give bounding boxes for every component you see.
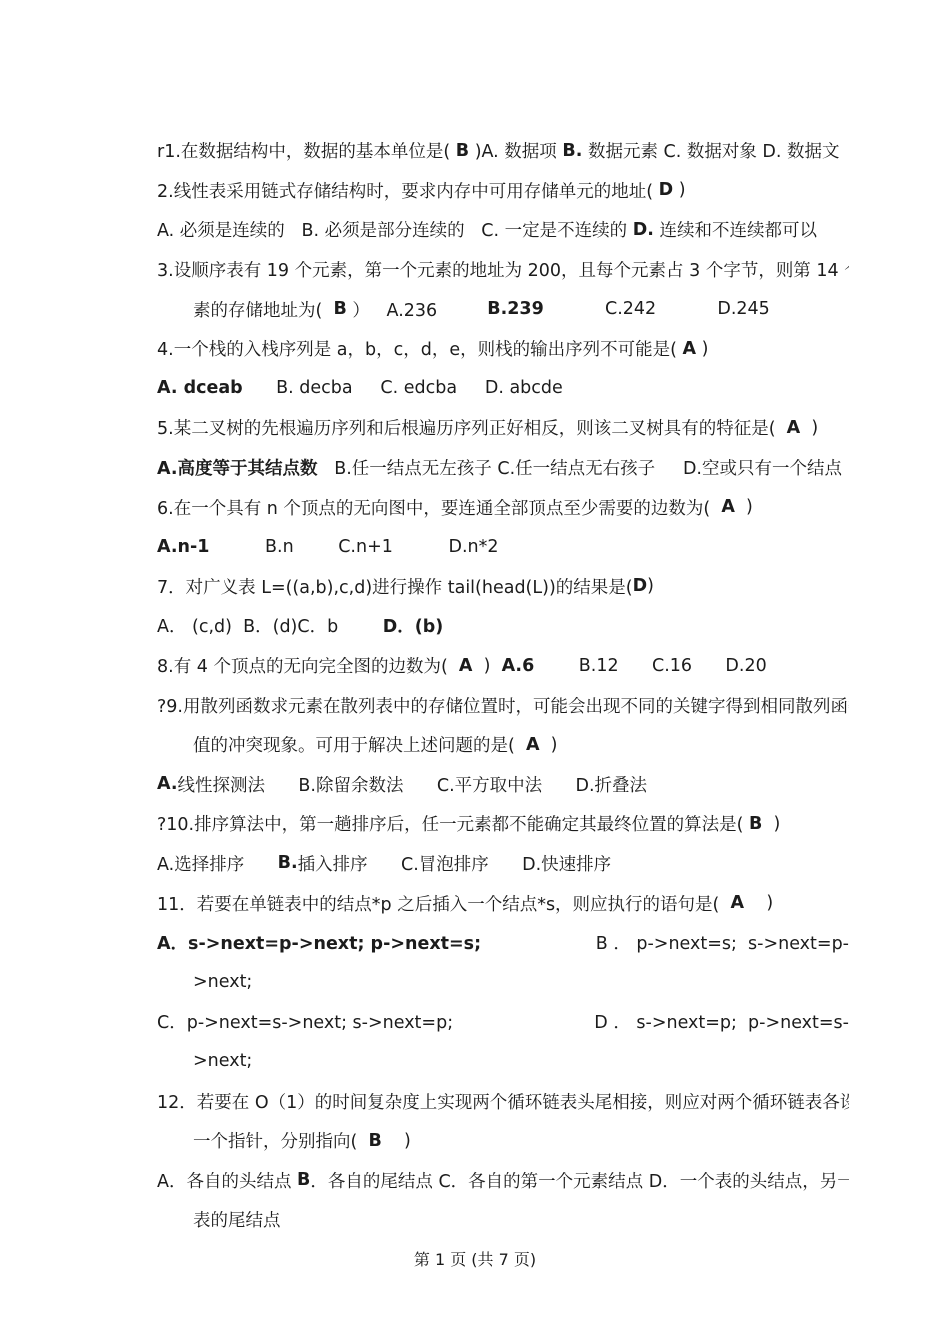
- answer-or-bold-text: A.高度等于其结点数: [157, 455, 318, 480]
- question-text: ．各自的尾结点 C．各自的第一个元素结点 D．一个表的头结点，另一个: [310, 1168, 849, 1193]
- question-text: D ． s->next=p; p->next=s-: [594, 1013, 849, 1033]
- answer-or-bold-text: B: [333, 299, 346, 319]
- exam-page: r1.在数据结构中，数据的基本单位是( B )A. 数据项 B. 数据元素 C.…: [0, 0, 950, 1342]
- question-text: ): [540, 735, 558, 755]
- question-text: 2.线性表采用链式存储结构时，要求内存中可用存储单元的地址(: [157, 178, 659, 203]
- document-line: 6.在一个具有 n 个顶点的无向图中，要连通全部顶点至少需要的边数为( A ): [157, 487, 849, 527]
- document-line: A． (c,d) B．(d)C．b D．(b): [157, 606, 849, 646]
- answer-or-bold-text: A. dceab: [157, 378, 243, 398]
- answer-or-bold-text: B: [456, 141, 469, 161]
- answer-or-bold-text: A: [682, 339, 696, 359]
- question-text: ): [647, 576, 654, 596]
- question-text: B.n C.n+1 D.n*2: [209, 537, 498, 557]
- question-text: ): [472, 656, 501, 676]
- document-line: 8.有 4 个顶点的无向完全图的边数为( A ) A.6 B.12 C.16 D…: [157, 646, 849, 686]
- question-text: 线性探测法 B.除留余数法 C.平方取中法 D.折叠法: [178, 772, 648, 797]
- document-line: 表的尾结点: [157, 1200, 849, 1240]
- answer-or-bold-text: B: [749, 814, 762, 834]
- question-text: A．各自的头结点: [157, 1168, 297, 1193]
- answer-or-bold-text: B.239: [487, 299, 544, 319]
- question-text: 11．若要在单链表中的结点*p 之后插入一个结点*s，则应执行的语句是(: [157, 891, 731, 916]
- question-text: B. decba C. edcba D. abcde: [243, 378, 563, 398]
- question-text: ): [382, 1131, 411, 1151]
- question-text: A.选择排序: [157, 851, 278, 876]
- document-line: 素的存储地址为( B ） A.236 B.239 C.242 D.245: [157, 289, 849, 329]
- question-text: ） A.236: [347, 297, 487, 322]
- question-text: 8.有 4 个顶点的无向完全图的边数为(: [157, 653, 459, 678]
- document-line: 2.线性表采用链式存储结构时，要求内存中可用存储单元的地址( D ): [157, 171, 849, 211]
- document-line: 5.某二叉树的先根遍历序列和后根遍历序列正好相反，则该二叉树具有的特征是( A …: [157, 408, 849, 448]
- question-text: ): [800, 418, 818, 438]
- question-text: 插入排序 C.冒泡排序 D.快速排序: [298, 851, 612, 876]
- answer-or-bold-text: A: [787, 418, 801, 438]
- document-line: A. 必须是连续的 B. 必须是部分连续的 C. 一定是不连续的 D. 连续和不…: [157, 210, 849, 250]
- answer-or-bold-text: A: [731, 893, 745, 913]
- question-text: 一个指针，分别指向(: [193, 1128, 368, 1153]
- question-text: ): [696, 339, 708, 359]
- question-text: ?9.用散列函数求元素在散列表中的存储位置时，可能会出现不同的关键字得到相同散列…: [157, 693, 849, 718]
- question-text: 数据元素 C. 数据对象 D. 数据文: [582, 138, 839, 163]
- document-line: A.线性探测法 B.除留余数法 C.平方取中法 D.折叠法: [157, 765, 849, 805]
- answer-or-bold-text: A.: [157, 774, 178, 794]
- document-line: >next;: [157, 962, 849, 1002]
- option-left-column: C．p->next=s->next; s->next=p;: [157, 1009, 453, 1034]
- question-text: >next;: [193, 1051, 252, 1071]
- question-text: r1.在数据结构中，数据的基本单位是(: [157, 138, 456, 163]
- answer-or-bold-text: B: [368, 1131, 381, 1151]
- question-text: 7．对广义表 L=((a,b),c,d)进行操作 tail(head(L))的结…: [157, 574, 633, 599]
- document-line: r1.在数据结构中，数据的基本单位是( B )A. 数据项 B. 数据元素 C.…: [157, 131, 849, 171]
- answer-or-bold-text: D.: [633, 220, 654, 240]
- question-text: 5.某二叉树的先根遍历序列和后根遍历序列正好相反，则该二叉树具有的特征是(: [157, 415, 787, 440]
- document-line: A．各自的头结点 B．各自的尾结点 C．各自的第一个元素结点 D．一个表的头结点…: [157, 1160, 849, 1200]
- answer-or-bold-text: B.: [562, 141, 582, 161]
- document-line: 4.一个栈的入栈序列是 a，b，c，d，e，则栈的输出序列不可能是( A ): [157, 329, 849, 369]
- question-text: 12．若要在 O（1）的时间复杂度上实现两个循环链表头尾相接，则应对两个循环链表…: [157, 1089, 849, 1114]
- answer-or-bold-text: A: [459, 656, 473, 676]
- answer-or-bold-text: D．(b): [383, 613, 444, 638]
- answer-or-bold-text: A: [721, 497, 735, 517]
- question-text: 连续和不连续都可以: [654, 217, 817, 242]
- question-text: 3.设顺序表有 19 个元素，第一个元素的地址为 200，且每个元素占 3 个字…: [157, 257, 849, 282]
- question-text: A． (c,d) B．(d)C．b: [157, 613, 383, 638]
- document-line: C．p->next=s->next; s->next=p;D ． s->next…: [157, 1002, 849, 1042]
- question-text: A. 必须是连续的 B. 必须是部分连续的 C. 一定是不连续的: [157, 217, 633, 242]
- document-line: A.n-1 B.n C.n+1 D.n*2: [157, 527, 849, 567]
- answer-or-bold-text: A.n-1: [157, 537, 209, 557]
- document-line: 7．对广义表 L=((a,b),c,d)进行操作 tail(head(L))的结…: [157, 567, 849, 607]
- question-text: ): [744, 893, 773, 913]
- document-line: 值的冲突现象。可用于解决上述问题的是( A ): [157, 725, 849, 765]
- question-text: 4.一个栈的入栈序列是 a，b，c，d，e，则栈的输出序列不可能是(: [157, 336, 682, 361]
- question-text: 6.在一个具有 n 个顶点的无向图中，要连通全部顶点至少需要的边数为(: [157, 495, 721, 520]
- question-text: C.242 D.245: [544, 299, 770, 319]
- document-line: A.选择排序 B.插入排序 C.冒泡排序 D.快速排序: [157, 844, 849, 884]
- answer-or-bold-text: B.: [278, 853, 298, 873]
- question-text: B ． p->next=s; s->next=p-: [596, 934, 849, 954]
- question-text: )A. 数据项: [469, 138, 562, 163]
- question-text: ): [762, 814, 780, 834]
- page-footer: 第 1 页 (共 7 页): [0, 1247, 950, 1270]
- option-right-column: B ． p->next=s; s->next=p-: [596, 930, 849, 955]
- question-text: B.12 C.16 D.20: [534, 656, 766, 676]
- question-text: 值的冲突现象。可用于解决上述问题的是(: [193, 732, 526, 757]
- question-text: 素的存储地址为(: [193, 297, 333, 322]
- answer-or-bold-text: A．s->next=p->next; p->next=s;: [157, 934, 481, 954]
- answer-or-bold-text: A: [526, 735, 540, 755]
- option-right-column: D ． s->next=p; p->next=s-: [594, 1009, 849, 1034]
- option-left-column: A．s->next=p->next; p->next=s;: [157, 930, 481, 955]
- answer-or-bold-text: D: [633, 576, 648, 596]
- question-text: >next;: [193, 972, 252, 992]
- document-line: A．s->next=p->next; p->next=s;B ． p->next…: [157, 923, 849, 963]
- document-line: 3.设顺序表有 19 个元素，第一个元素的地址为 200，且每个元素占 3 个字…: [157, 250, 849, 290]
- document-line: 12．若要在 O（1）的时间复杂度上实现两个循环链表头尾相接，则应对两个循环链表…: [157, 1081, 849, 1121]
- answer-or-bold-text: B: [297, 1170, 310, 1190]
- question-text: C．p->next=s->next; s->next=p;: [157, 1013, 453, 1033]
- document-line: 一个指针，分别指向( B ): [157, 1121, 849, 1161]
- document-body: r1.在数据结构中，数据的基本单位是( B )A. 数据项 B. 数据元素 C.…: [157, 131, 849, 1240]
- document-line: 11．若要在单链表中的结点*p 之后插入一个结点*s，则应执行的语句是( A ): [157, 883, 849, 923]
- document-line: A. dceab B. decba C. edcba D. abcde: [157, 369, 849, 409]
- question-text: ): [673, 180, 685, 200]
- question-text: ?10.排序算法中，第一趟排序后，任一元素都不能确定其最终位置的算法是(: [157, 811, 749, 836]
- question-text: ): [735, 497, 753, 517]
- answer-or-bold-text: A.6: [502, 656, 535, 676]
- document-line: >next;: [157, 1042, 849, 1082]
- question-text: B.任一结点无左孩子 C.任一结点无右孩子 D.空或只有一个结点: [318, 455, 842, 480]
- question-text: 表的尾结点: [193, 1207, 281, 1232]
- answer-or-bold-text: D: [659, 180, 674, 200]
- document-line: ?9.用散列函数求元素在散列表中的存储位置时，可能会出现不同的关键字得到相同散列…: [157, 685, 849, 725]
- document-line: A.高度等于其结点数 B.任一结点无左孩子 C.任一结点无右孩子 D.空或只有一…: [157, 448, 849, 488]
- document-line: ?10.排序算法中，第一趟排序后，任一元素都不能确定其最终位置的算法是( B ): [157, 804, 849, 844]
